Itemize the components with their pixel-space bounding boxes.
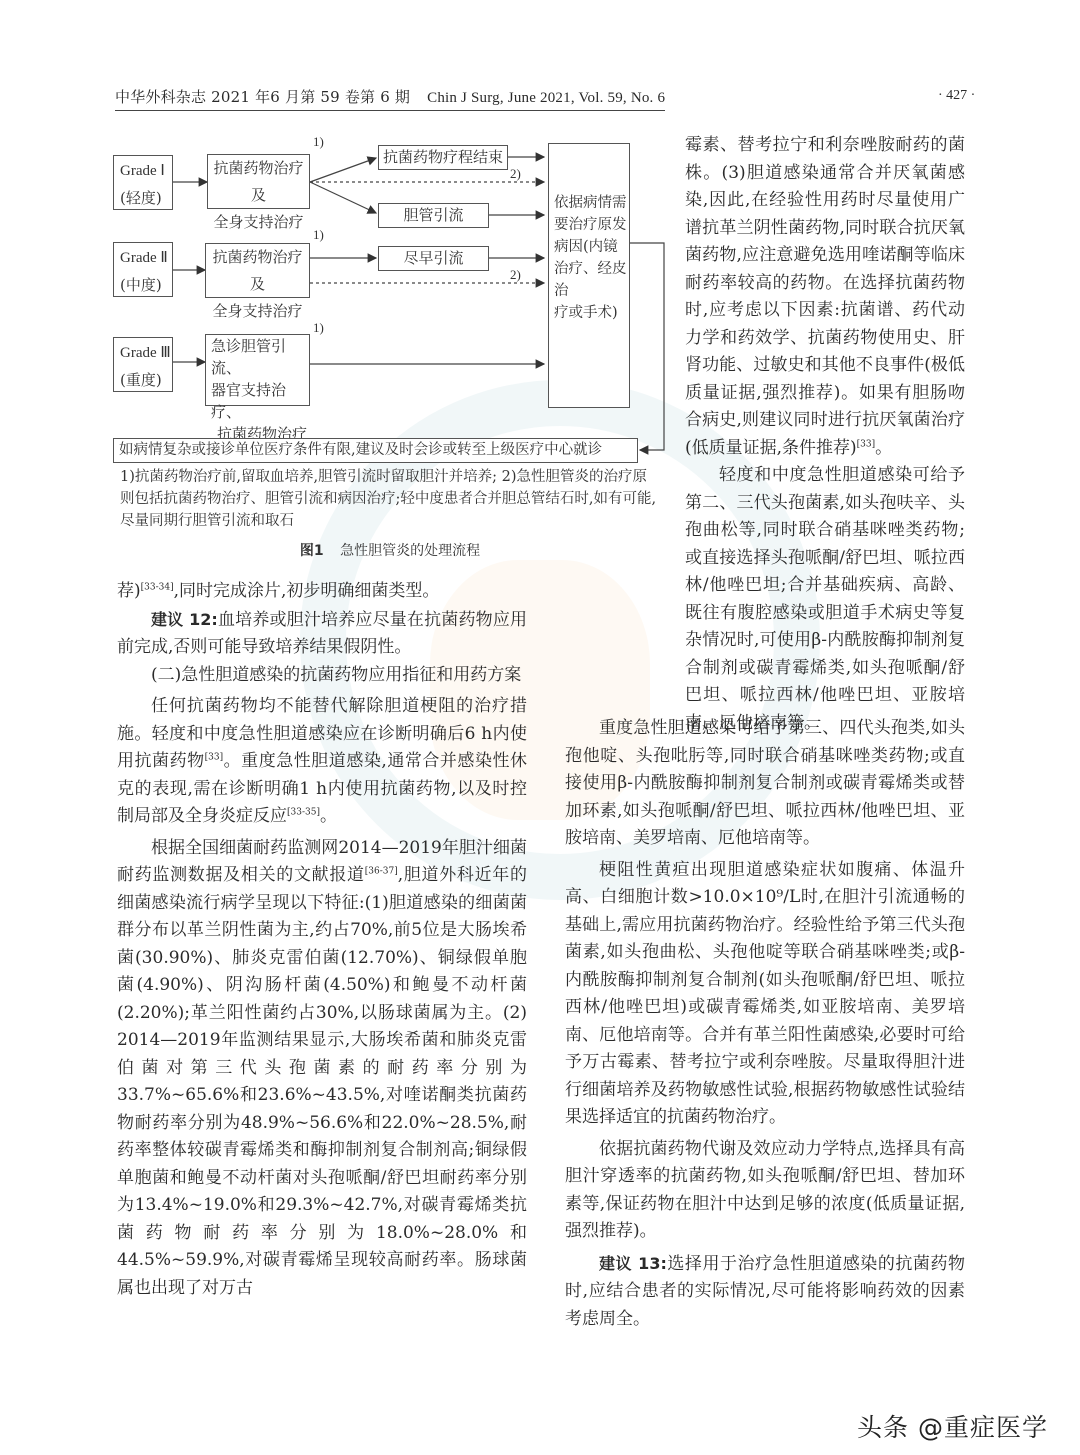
paragraph-resistance: 霉素、替考拉宁和利奈唑胺耐药的菌株。(3)胆道感染通常合并厌氧菌感染,因此,在经…	[685, 132, 965, 462]
referral-box: 如病情复杂或接诊单位医疗条件有限,建议及时会诊或转至上级医疗中心就诊	[113, 438, 638, 463]
citation: [33]	[857, 439, 875, 449]
section-heading: (二)急性胆道感染的抗菌药物应用指征和用药方案	[117, 662, 527, 690]
early-drainage-box: 尽早引流	[378, 246, 489, 271]
etiology-line-5: 疗或手术)	[554, 302, 629, 324]
figure-caption: 图1 急性胆管炎的处理流程	[0, 540, 780, 560]
grade-3-box: Grade Ⅲ (重度)	[113, 337, 173, 392]
treatment-2-line1: 抗菌药物治疗及	[206, 244, 309, 298]
left-text-column: 荐)[33-34],同时完成涂片,初步明确细菌类型。 建议 12:血培养或胆汁培…	[117, 578, 527, 1302]
biliary-drainage-box: 胆管引流	[378, 203, 489, 228]
grade-2-box: Grade Ⅱ (中度)	[113, 242, 173, 297]
etiology-treatment-box: 依据病情需 要治疗原发 病因(内镜 治疗、经皮治 疗或手术)	[548, 143, 630, 408]
paragraph-timing: 任何抗菌药物均不能替代解除胆道梗阻的治疗措施。轻度和中度急性胆道感染应在诊断明确…	[117, 693, 527, 831]
grade-1-label: Grade Ⅰ	[120, 158, 172, 185]
treatment-box-grade-2: 抗菌药物治疗及 全身支持治疗	[205, 243, 310, 298]
treatment-box-grade-1: 抗菌药物治疗及 全身支持治疗	[207, 154, 310, 209]
paragraph-epidemiology: 根据全国细菌耐药监测网2014—2019年胆汁细菌耐药监测数据及相关的文献报道[…	[117, 835, 527, 1303]
text-run: ,胆道外科近年的细菌感染流行病学呈现以下特征:(1)胆道感染的细菌菌群分布以革兰…	[117, 865, 527, 1298]
grade-2-severity: (中度)	[120, 272, 172, 299]
grade-3-severity: (重度)	[120, 367, 172, 394]
citation: [33]	[205, 752, 223, 762]
text-run: 霉素、替考拉宁和利奈唑胺耐药的菌株。(3)胆道感染通常合并厌氧菌感染,因此,在经…	[685, 135, 965, 458]
recommendation-13: 建议 13:选择用于治疗急性胆道感染的抗菌药物时,应结合患者的实际情况,尽可能将…	[565, 1250, 965, 1334]
treatment-box-grade-3: 急诊胆管引流、 器官支持治疗、 抗菌药物治疗	[205, 334, 310, 406]
paragraph-bile-penetration: 依据抗菌药物代谢及效应动力学特点,选择具有高胆汁穿透率的抗菌药物,如头孢哌酮/舒…	[565, 1136, 965, 1246]
citation: [33-35]	[287, 807, 320, 817]
grade-1-box: Grade Ⅰ (轻度)	[113, 155, 173, 210]
figure-caption-text: 急性胆管炎的处理流程	[340, 543, 480, 559]
text-run: 。	[875, 438, 892, 458]
etiology-line-2: 要治疗原发	[554, 214, 629, 236]
referral-text: 如病情复杂或接诊单位医疗条件有限,建议及时会诊或转至上级医疗中心就诊	[119, 442, 602, 458]
citation: [36-37]	[365, 866, 398, 876]
citation: [33-34]	[141, 582, 174, 592]
treatment-3-line2: 器官支持治疗、	[211, 379, 309, 423]
early-drainage-label: 尽早引流	[403, 245, 463, 272]
paragraph-mild-moderate: 轻度和中度急性胆道感染可给予第二、三代头孢菌素,如头孢呋辛、头孢曲松等,同时联合…	[685, 462, 965, 737]
source-watermark: 头条 @重症医学	[857, 1408, 1048, 1444]
right-text-column-upper: 霉素、替考拉宁和利奈唑胺耐药的菌株。(3)胆道感染通常合并厌氧菌感染,因此,在经…	[685, 132, 965, 737]
text-run: 。	[320, 806, 337, 826]
treatment-1-line2: 全身支持治疗	[208, 209, 309, 236]
recommendation-12-label: 建议 12:	[151, 610, 218, 629]
grade-2-label: Grade Ⅱ	[120, 245, 172, 272]
paragraph-severe: 重度急性胆道感染可给予第三、四代头孢类,如头孢他啶、头孢吡肟等,同时联合硝基咪唑…	[565, 715, 965, 853]
etiology-line-3: 病因(内镜	[554, 236, 629, 258]
note-mark-1-grade-1: 1)	[313, 134, 324, 150]
right-text-column-lower: 重度急性胆道感染可给予第三、四代头孢类,如头孢他啶、头孢吡肟等,同时联合硝基咪唑…	[565, 715, 965, 1333]
note-mark-1-grade-2: 1)	[313, 227, 324, 243]
course-end-box: 抗菌药物疗程结束	[378, 145, 508, 170]
treatment-1-line1: 抗菌药物治疗及	[208, 155, 309, 209]
note-mark-2-grade-2: 2)	[510, 267, 521, 283]
biliary-drainage-label: 胆管引流	[403, 202, 463, 229]
treatment-2-line2: 全身支持治疗	[206, 298, 309, 325]
course-end-label: 抗菌药物疗程结束	[383, 144, 503, 171]
etiology-line-4: 治疗、经皮治	[554, 258, 629, 302]
figure-notes: 1)抗菌药物治疗前,留取血培养,胆管引流时留取胆汁并培养; 2)急性胆管炎的治疗…	[120, 466, 660, 532]
etiology-line-1: 依据病情需	[554, 192, 629, 214]
recommendation-13-label: 建议 13:	[599, 1254, 667, 1273]
treatment-3-line1: 急诊胆管引流、	[211, 335, 309, 379]
grade-3-label: Grade Ⅲ	[120, 340, 172, 367]
text-run: 荐)	[117, 581, 141, 601]
recommendation-12: 建议 12:血培养或胆汁培养应尽量在抗菌药物应用前完成,否则可能导致培养结果假阴…	[117, 606, 527, 662]
grade-1-severity: (轻度)	[120, 185, 172, 212]
note-mark-2-grade-1: 2)	[510, 166, 521, 182]
figure-caption-label: 图1	[300, 543, 324, 559]
note-mark-1-grade-3: 1)	[313, 320, 324, 336]
paragraph-smear: 荐)[33-34],同时完成涂片,初步明确细菌类型。	[117, 578, 527, 606]
text-run: ,同时完成涂片,初步明确细菌类型。	[174, 581, 440, 601]
paragraph-obstructive-jaundice: 梗阻性黄疸出现胆道感染症状如腹痛、体温升高、白细胞计数>10.0×10⁹/L时,…	[565, 857, 965, 1132]
